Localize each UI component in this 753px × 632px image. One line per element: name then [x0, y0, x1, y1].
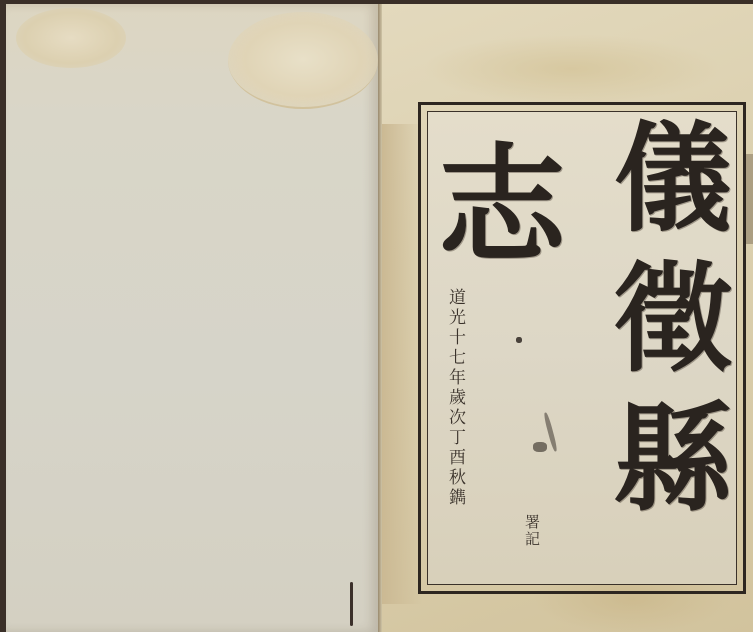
water-stain	[228, 12, 378, 109]
publication-inscription: 道光十七年歲次丁酉秋鐫	[444, 288, 468, 508]
open-book: 儀 徵 縣 志 道光十七年歲次丁酉秋鐫 署記	[0, 0, 753, 632]
left-blank-page	[6, 4, 378, 632]
title-char-3: 縣	[614, 400, 732, 518]
water-stain	[16, 8, 126, 68]
signature: 署記	[522, 514, 543, 548]
title-char-1: 儀	[614, 120, 732, 238]
title-page: 儀 徵 縣 志 道光十七年歲次丁酉秋鐫 署記	[382, 4, 753, 632]
water-stain	[422, 34, 722, 104]
title-frame-inner: 儀 徵 縣 志 道光十七年歲次丁酉秋鐫 署記	[427, 111, 737, 585]
ink-speck	[516, 337, 522, 343]
ink-speck	[533, 442, 547, 452]
title-char-4: 志	[438, 142, 566, 270]
title-char-2: 徵	[614, 260, 732, 378]
title-column: 儀 徵 縣	[608, 120, 738, 540]
ink-mark	[350, 582, 353, 626]
water-stain	[382, 124, 422, 604]
title-frame: 儀 徵 縣 志 道光十七年歲次丁酉秋鐫 署記	[418, 102, 746, 594]
